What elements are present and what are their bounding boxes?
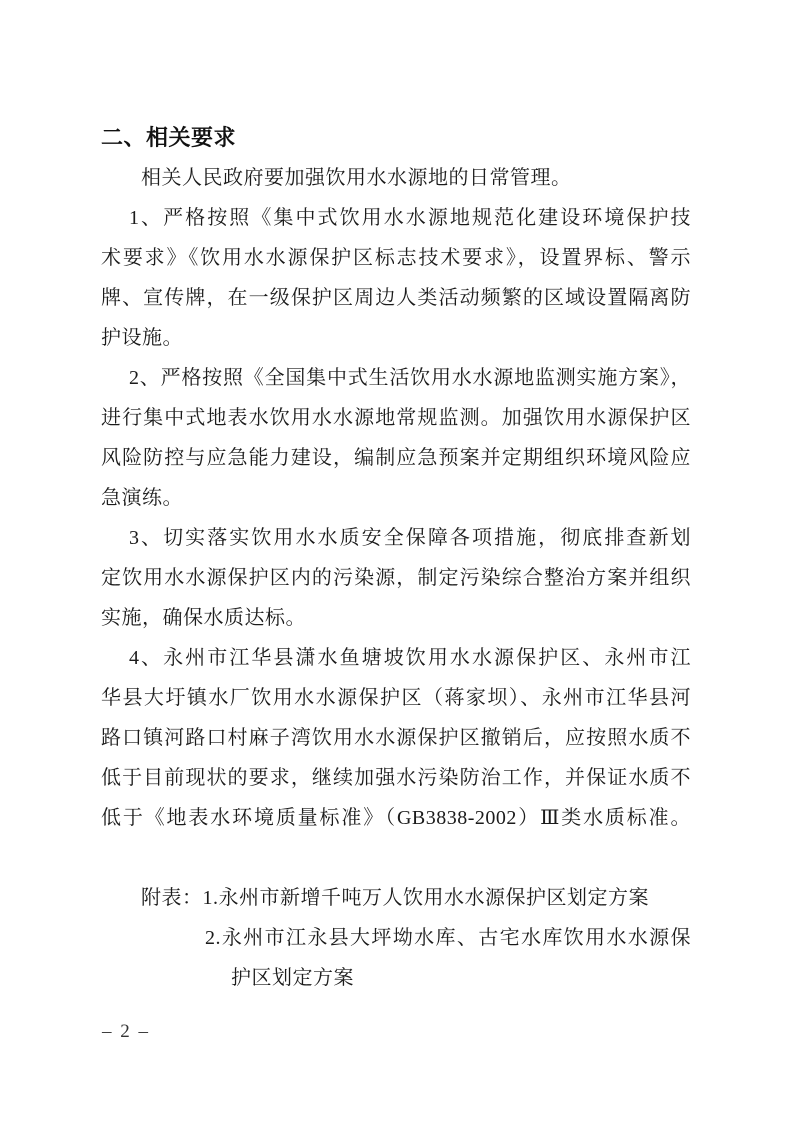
section-heading: 二、相关要求 — [101, 118, 691, 158]
paragraph-3-line-2: 定饮用水水源保护区内的污染源，制定污染综合整治方案并组织 — [101, 558, 691, 598]
paragraph-2-line-3: 风险防控与应急能力建设，编制应急预案并定期组织环境风险应 — [101, 438, 691, 478]
paragraph-1-line-3: 牌、宣传牌，在一级保护区周边人类活动频繁的区域设置隔离防 — [101, 278, 691, 318]
paragraph-4-line-1: 4、永州市江华县潇水鱼塘坡饮用水水源保护区、永州市江 — [101, 638, 691, 678]
paragraph-4-line-4: 低于目前现状的要求，继续加强水污染防治工作，并保证水质不 — [101, 758, 691, 798]
paragraph-4-line-3: 路口镇河路口村麻子湾饮用水水源保护区撤销后，应按照水质不 — [101, 718, 691, 758]
paragraph-4-line-5: 低于《地表水环境质量标准》（GB3838-2002）Ⅲ类水质标准。 — [101, 798, 691, 838]
document-body: 二、相关要求 相关人民政府要加强饮用水水源地的日常管理。 1、严格按照《集中式饮… — [101, 118, 691, 998]
document-page: 二、相关要求 相关人民政府要加强饮用水水源地的日常管理。 1、严格按照《集中式饮… — [0, 0, 793, 1122]
attachments-item-2-line-1: 2.永州市江永县大坪坳水库、古宅水库饮用水水源保 — [101, 918, 691, 958]
attachments-label-line: 附表：1.永州市新增千吨万人饮用水水源保护区划定方案 — [101, 878, 691, 918]
paragraph-3-line-3: 实施，确保水质达标。 — [101, 598, 691, 638]
paragraph-2-line-2: 进行集中式地表水饮用水水源地常规监测。加强饮用水源保护区 — [101, 398, 691, 438]
paragraph-4-line-2: 华县大圩镇水厂饮用水水源保护区（蒋家坝）、永州市江华县河 — [101, 678, 691, 718]
intro-paragraph-line: 相关人民政府要加强饮用水水源地的日常管理。 — [101, 158, 691, 198]
paragraph-2-line-1: 2、严格按照《全国集中式生活饮用水水源地监测实施方案》， — [101, 358, 691, 398]
paragraph-1-line-1: 1、严格按照《集中式饮用水水源地规范化建设环境保护技 — [101, 198, 691, 238]
paragraph-2-line-4: 急演练。 — [101, 478, 691, 518]
attachments-item-2-line-2: 护区划定方案 — [101, 958, 691, 998]
paragraph-3-line-1: 3、切实落实饮用水水质安全保障各项措施，彻底排查新划 — [101, 518, 691, 558]
paragraph-1-line-4: 护设施。 — [101, 318, 691, 358]
page-number: – 2 – — [102, 1012, 150, 1052]
blank-line — [101, 838, 691, 878]
paragraph-1-line-2: 术要求》《饮用水水源保护区标志技术要求》，设置界标、警示 — [101, 238, 691, 278]
